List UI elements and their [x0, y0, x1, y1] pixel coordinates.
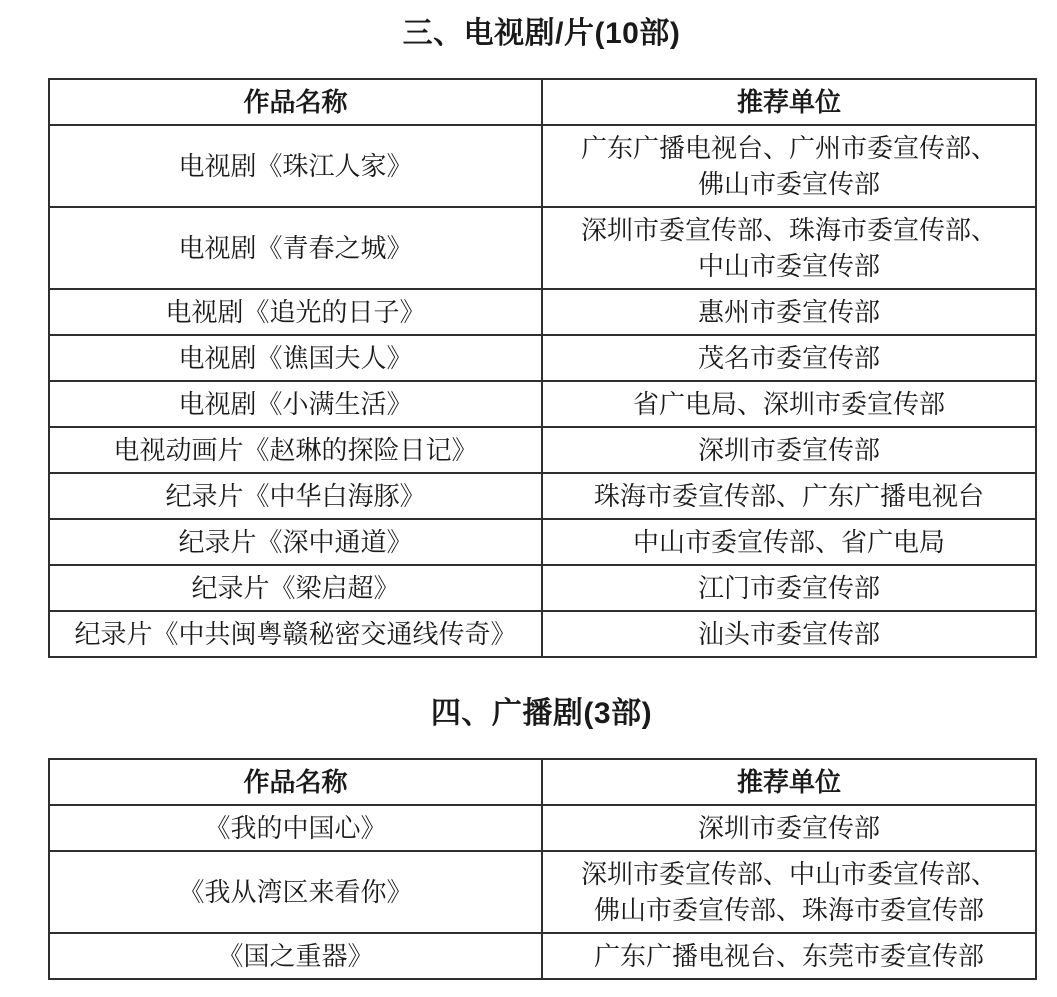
recommender-cell: 省广电局、深圳市委宣传部 — [542, 381, 1036, 427]
recommender-cell: 珠海市委宣传部、广东广播电视台 — [542, 473, 1036, 519]
recommender-cell: 广东广播电视台、广州市委宣传部、佛山市委宣传部 — [542, 125, 1036, 207]
table-row: 纪录片《梁启超》江门市委宣传部 — [49, 565, 1036, 611]
page-content: 三、电视剧/片(10部) 作品名称 推荐单位 电视剧《珠江人家》广东广播电视台、… — [48, 12, 1035, 980]
recommender-cell: 深圳市委宣传部 — [542, 805, 1036, 851]
work-name-cell: 纪录片《深中通道》 — [49, 519, 542, 565]
work-name-cell: 电视剧《谯国夫人》 — [49, 335, 542, 381]
header-row: 作品名称 推荐单位 — [49, 759, 1036, 805]
table-row: 电视剧《追光的日子》惠州市委宣传部 — [49, 289, 1036, 335]
table-row: 电视剧《小满生活》省广电局、深圳市委宣传部 — [49, 381, 1036, 427]
recommender-cell: 深圳市委宣传部、中山市委宣传部、佛山市委宣传部、珠海市委宣传部 — [542, 851, 1036, 933]
table-row: 电视剧《谯国夫人》茂名市委宣传部 — [49, 335, 1036, 381]
table-row: 《我从湾区来看你》深圳市委宣传部、中山市委宣传部、佛山市委宣传部、珠海市委宣传部 — [49, 851, 1036, 933]
work-name-cell: 电视剧《小满生活》 — [49, 381, 542, 427]
table-row: 电视剧《珠江人家》广东广播电视台、广州市委宣传部、佛山市委宣传部 — [49, 125, 1036, 207]
table-row: 《我的中国心》深圳市委宣传部 — [49, 805, 1036, 851]
recommender-cell: 中山市委宣传部、省广电局 — [542, 519, 1036, 565]
recommender-cell: 深圳市委宣传部、珠海市委宣传部、中山市委宣传部 — [542, 207, 1036, 289]
work-name-cell: 电视动画片《赵琳的探险日记》 — [49, 427, 542, 473]
work-name-cell: 电视剧《珠江人家》 — [49, 125, 542, 207]
recommender-cell: 江门市委宣传部 — [542, 565, 1036, 611]
table-body: 《我的中国心》深圳市委宣传部《我从湾区来看你》深圳市委宣传部、中山市委宣传部、佛… — [49, 805, 1036, 979]
work-name-cell: 《我从湾区来看你》 — [49, 851, 542, 933]
work-name-cell: 纪录片《中华白海豚》 — [49, 473, 542, 519]
table-row: 纪录片《深中通道》中山市委宣传部、省广电局 — [49, 519, 1036, 565]
table-row: 《国之重器》广东广播电视台、东莞市委宣传部 — [49, 933, 1036, 979]
work-name-cell: 电视剧《追光的日子》 — [49, 289, 542, 335]
recommender-cell: 惠州市委宣传部 — [542, 289, 1036, 335]
column-header-work-name: 作品名称 — [49, 759, 542, 805]
section-title-tv: 三、电视剧/片(10部) — [48, 12, 1035, 56]
column-header-recommender: 推荐单位 — [542, 759, 1036, 805]
table-row: 电视动画片《赵琳的探险日记》深圳市委宣传部 — [49, 427, 1036, 473]
tv-works-table: 作品名称 推荐单位 电视剧《珠江人家》广东广播电视台、广州市委宣传部、佛山市委宣… — [48, 78, 1037, 658]
table-body: 电视剧《珠江人家》广东广播电视台、广州市委宣传部、佛山市委宣传部电视剧《青春之城… — [49, 125, 1036, 657]
section-tv-dramas: 三、电视剧/片(10部) 作品名称 推荐单位 电视剧《珠江人家》广东广播电视台、… — [48, 12, 1035, 658]
work-name-cell: 纪录片《梁启超》 — [49, 565, 542, 611]
work-name-cell: 电视剧《青春之城》 — [49, 207, 542, 289]
recommender-cell: 茂名市委宣传部 — [542, 335, 1036, 381]
work-name-cell: 《我的中国心》 — [49, 805, 542, 851]
radio-works-table: 作品名称 推荐单位 《我的中国心》深圳市委宣传部《我从湾区来看你》深圳市委宣传部… — [48, 758, 1037, 980]
table-row: 电视剧《青春之城》深圳市委宣传部、珠海市委宣传部、中山市委宣传部 — [49, 207, 1036, 289]
recommender-cell: 广东广播电视台、东莞市委宣传部 — [542, 933, 1036, 979]
header-row: 作品名称 推荐单位 — [49, 79, 1036, 125]
table-row: 纪录片《中华白海豚》珠海市委宣传部、广东广播电视台 — [49, 473, 1036, 519]
table-header: 作品名称 推荐单位 — [49, 79, 1036, 125]
section-title-radio: 四、广播剧(3部) — [48, 692, 1035, 736]
table-header: 作品名称 推荐单位 — [49, 759, 1036, 805]
column-header-recommender: 推荐单位 — [542, 79, 1036, 125]
work-name-cell: 《国之重器》 — [49, 933, 542, 979]
section-radio-dramas: 四、广播剧(3部) 作品名称 推荐单位 《我的中国心》深圳市委宣传部《我从湾区来… — [48, 692, 1035, 980]
document-page: { "page": { "background": "#ffffff", "te… — [0, 0, 1057, 997]
recommender-cell: 深圳市委宣传部 — [542, 427, 1036, 473]
table-row: 纪录片《中共闽粤赣秘密交通线传奇》汕头市委宣传部 — [49, 611, 1036, 657]
recommender-cell: 汕头市委宣传部 — [542, 611, 1036, 657]
column-header-work-name: 作品名称 — [49, 79, 542, 125]
work-name-cell: 纪录片《中共闽粤赣秘密交通线传奇》 — [49, 611, 542, 657]
